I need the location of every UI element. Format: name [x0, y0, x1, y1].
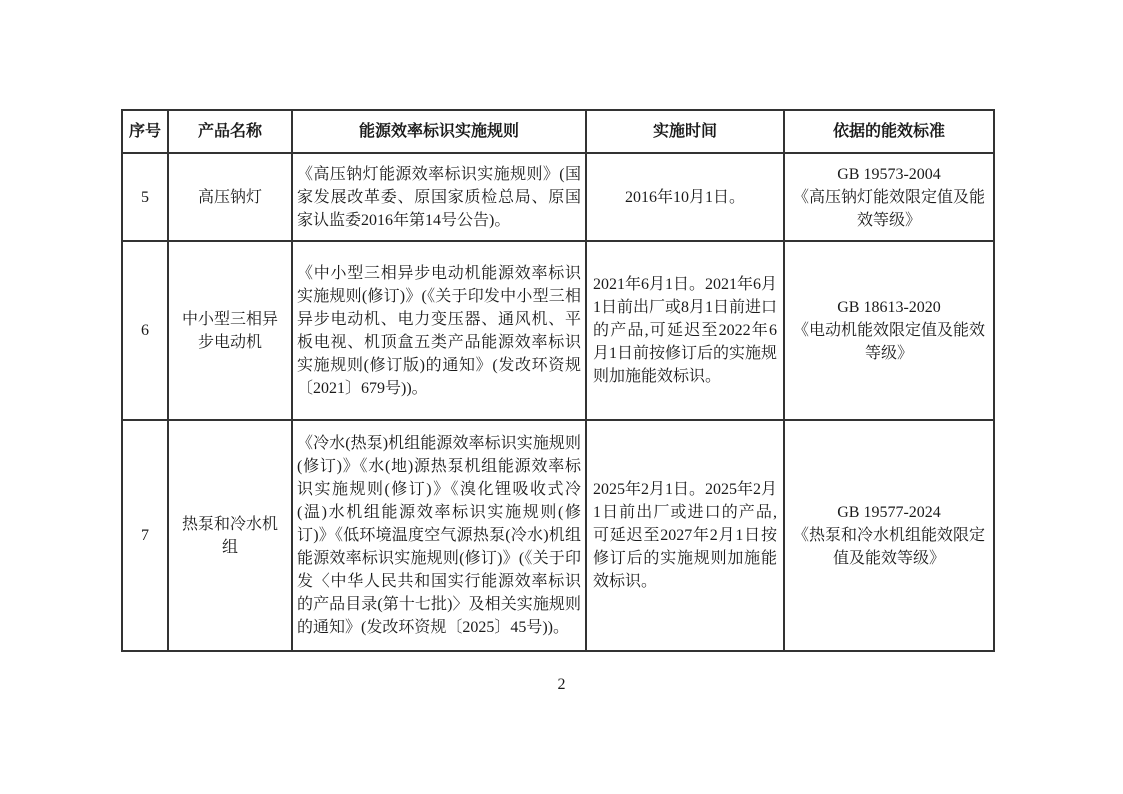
table-header-row: 序号 产品名称 能源效率标识实施规则 实施时间 依据的能效标准 — [122, 110, 994, 153]
table-row: 6 中小型三相异步电动机 《中小型三相异步电动机能源效率标识实施规则(修订)》(… — [122, 241, 994, 420]
standard-name: 《热泵和冷水机组能效限定值及能效等级》 — [793, 524, 985, 570]
table-row: 5 高压钠灯 《高压钠灯能源效率标识实施规则》(国家发展改革委、原国家质检总局、… — [122, 153, 994, 241]
page-number: 2 — [0, 676, 1123, 694]
cell-rule: 《冷水(热泵)机组能源效率标识实施规则(修订)》《水(地)源热泵机组能源效率标识… — [292, 420, 586, 651]
cell-index: 6 — [122, 241, 168, 420]
cell-standard: GB 19573-2004 《高压钠灯能效限定值及能效等级》 — [784, 153, 994, 241]
cell-rule: 《中小型三相异步电动机能源效率标识实施规则(修订)》(《关于印发中小型三相异步电… — [292, 241, 586, 420]
cell-index: 5 — [122, 153, 168, 241]
standard-name: 《电动机能效限定值及能效等级》 — [793, 319, 985, 365]
table-row: 7 热泵和冷水机组 《冷水(热泵)机组能源效率标识实施规则(修订)》《水(地)源… — [122, 420, 994, 651]
standard-code: GB 18613-2020 — [793, 296, 985, 319]
col-header-product: 产品名称 — [168, 110, 292, 153]
col-header-rule: 能源效率标识实施规则 — [292, 110, 586, 153]
cell-rule: 《高压钠灯能源效率标识实施规则》(国家发展改革委、原国家质检总局、原国家认监委2… — [292, 153, 586, 241]
cell-time: 2021年6月1日。2021年6月1日前出厂或8月1日前进口的产品,可延迟至20… — [586, 241, 784, 420]
cell-time: 2025年2月1日。2025年2月1日前出厂或进口的产品,可延迟至2027年2月… — [586, 420, 784, 651]
col-header-standard: 依据的能效标准 — [784, 110, 994, 153]
standard-name: 《高压钠灯能效限定值及能效等级》 — [793, 186, 985, 232]
cell-product: 热泵和冷水机组 — [168, 420, 292, 651]
cell-product: 中小型三相异步电动机 — [168, 241, 292, 420]
document-page: 序号 产品名称 能源效率标识实施规则 实施时间 依据的能效标准 5 高压钠灯 《… — [0, 0, 1123, 794]
standard-code: GB 19573-2004 — [793, 163, 985, 186]
standard-code: GB 19577-2024 — [793, 501, 985, 524]
cell-product: 高压钠灯 — [168, 153, 292, 241]
energy-label-rules-table: 序号 产品名称 能源效率标识实施规则 实施时间 依据的能效标准 5 高压钠灯 《… — [121, 109, 995, 652]
cell-index: 7 — [122, 420, 168, 651]
cell-standard: GB 19577-2024 《热泵和冷水机组能效限定值及能效等级》 — [784, 420, 994, 651]
cell-standard: GB 18613-2020 《电动机能效限定值及能效等级》 — [784, 241, 994, 420]
col-header-time: 实施时间 — [586, 110, 784, 153]
col-header-index: 序号 — [122, 110, 168, 153]
cell-time: 2016年10月1日。 — [586, 153, 784, 241]
